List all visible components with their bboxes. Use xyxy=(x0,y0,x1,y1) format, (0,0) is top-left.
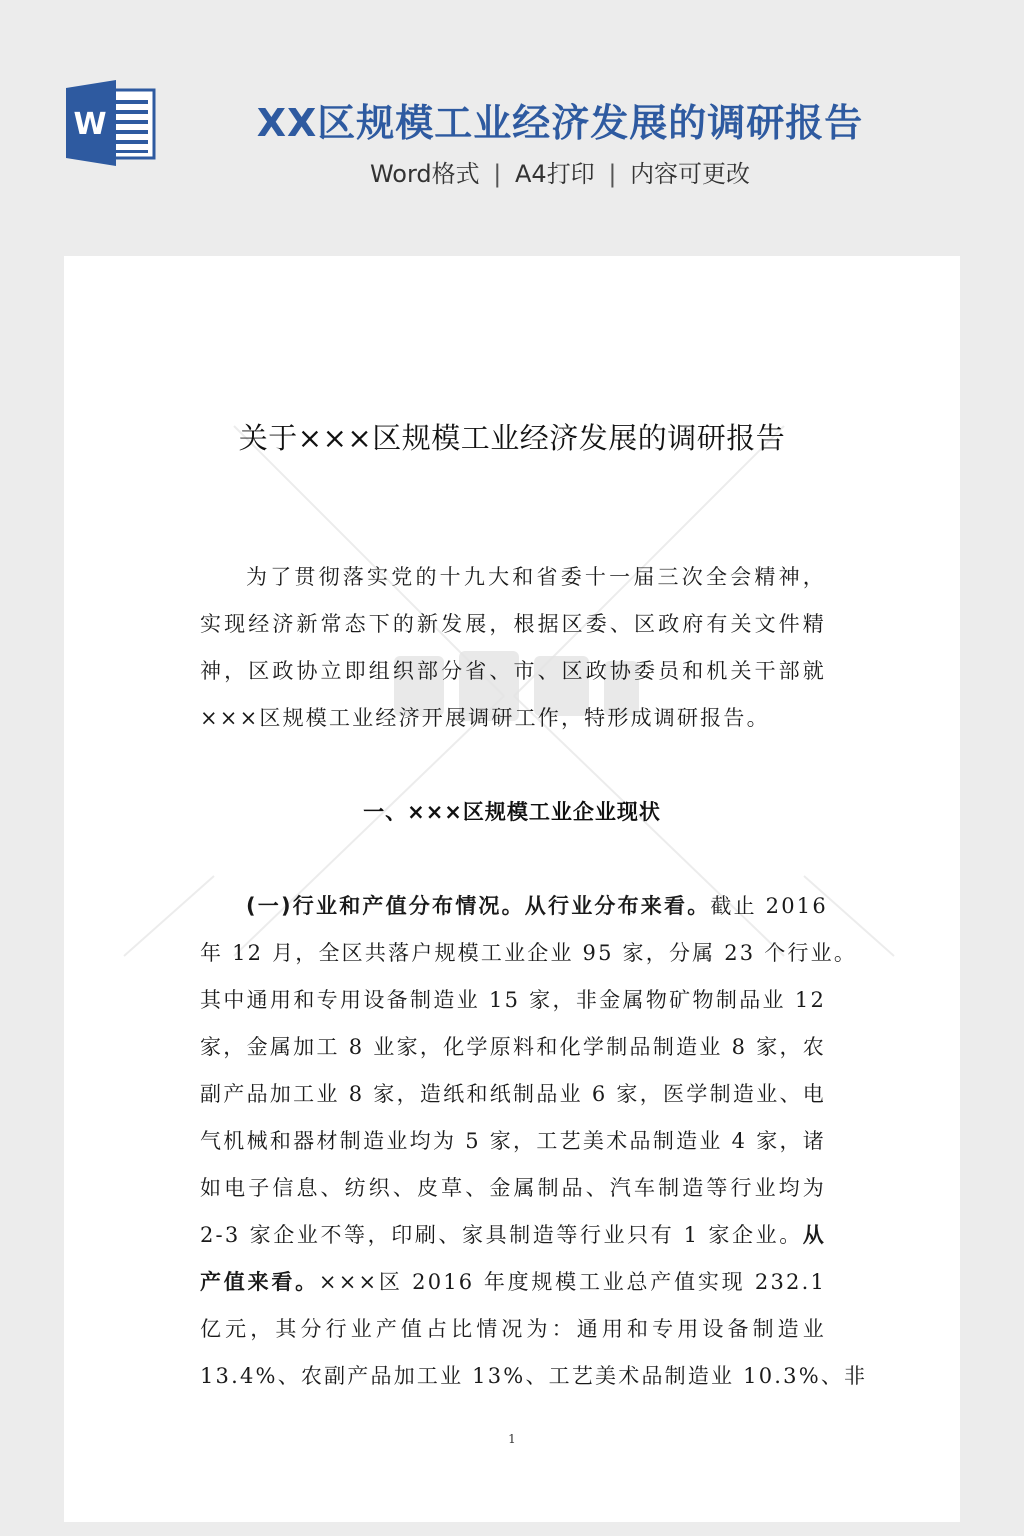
page-number: 1 xyxy=(64,1432,960,1446)
document-title: 关于×××区规模工业经济发展的调研报告 xyxy=(64,416,960,457)
text-line: 亿元，其分行业产值占比情况为：通用和专用设备制造业 xyxy=(200,1306,826,1353)
microsoft-word-icon: W xyxy=(64,80,156,166)
text-line: 家，金属加工 8 业家，化学原料和化学制品制造业 8 家，农 xyxy=(200,1024,826,1071)
bold-lead: 从 xyxy=(803,1223,826,1247)
text-line: ×××区规模工业经济开展调研工作，特形成调研报告。 xyxy=(200,695,826,742)
subtitle-separator: | xyxy=(493,160,501,188)
banner-header: W XX区规模工业经济发展的调研报告 Word格式 | A4打印 | 内容可更改 xyxy=(0,0,1024,256)
text-line: 如电子信息、纺织、皮草、金属制品、汽车制造等行业均为 xyxy=(200,1165,826,1212)
text-line: (一)行业和产值分布情况。从行业分布来看。截止 2016 xyxy=(200,883,826,930)
subtitle-editable: 内容可更改 xyxy=(630,160,750,188)
bold-lead: 从行业分布来看。 xyxy=(525,894,711,918)
banner-subtitle: Word格式 | A4打印 | 内容可更改 xyxy=(190,154,930,189)
text-line: 13.4%、农副产品加工业 13%、工艺美术品制造业 10.3%、非 xyxy=(200,1353,826,1400)
bold-lead: 产值来看。 xyxy=(200,1270,319,1294)
subtitle-print: A4打印 xyxy=(515,160,595,188)
text-line: 年 12 月，全区共落户规模工业企业 95 家，分属 23 个行业。 xyxy=(200,930,826,977)
text-line: 气机械和器材制造业均为 5 家，工艺美术品制造业 4 家，诸 xyxy=(200,1118,826,1165)
text-line: 副产品加工业 8 家，造纸和纸制品业 6 家，医学制造业、电 xyxy=(200,1071,826,1118)
text-line: 实现经济新常态下的新发展，根据区委、区政府有关文件精 xyxy=(200,601,826,648)
text-line: 其中通用和专用设备制造业 15 家，非金属物矿物制品业 12 xyxy=(200,977,826,1024)
text-line: 2-3 家企业不等，印刷、家具制造等行业只有 1 家企业。从 xyxy=(200,1212,826,1259)
text-fragment: 截止 2016 xyxy=(710,894,828,918)
text-fragment: 2-3 家企业不等，印刷、家具制造等行业只有 1 家企业。 xyxy=(200,1223,803,1247)
svg-text:W: W xyxy=(73,107,106,142)
subtitle-separator: | xyxy=(608,160,616,188)
subsection-heading: (一)行业和产值分布情况。 xyxy=(246,894,525,918)
text-fragment: ×××区 2016 年度规模工业总产值实现 232.1 xyxy=(319,1270,826,1294)
text-line: 产值来看。×××区 2016 年度规模工业总产值实现 232.1 xyxy=(200,1259,826,1306)
banner-title: XX区规模工业经济发展的调研报告 xyxy=(190,92,930,147)
intro-paragraph: 为了贯彻落实党的十九大和省委十一届三次全会精神， 实现经济新常态下的新发展，根据… xyxy=(200,554,826,742)
industry-paragraph: (一)行业和产值分布情况。从行业分布来看。截止 2016 年 12 月，全区共落… xyxy=(200,883,826,1400)
section-heading: 一、×××区规模工业企业现状 xyxy=(64,796,960,826)
text-line: 神，区政协立即组织部分省、市、区政协委员和机关干部就 xyxy=(200,648,826,695)
document-page: 关于×××区规模工业经济发展的调研报告 为了贯彻落实党的十九大和省委十一届三次全… xyxy=(64,256,960,1522)
subtitle-format: Word格式 xyxy=(370,160,480,188)
text-line: 为了贯彻落实党的十九大和省委十一届三次全会精神， xyxy=(200,554,826,601)
